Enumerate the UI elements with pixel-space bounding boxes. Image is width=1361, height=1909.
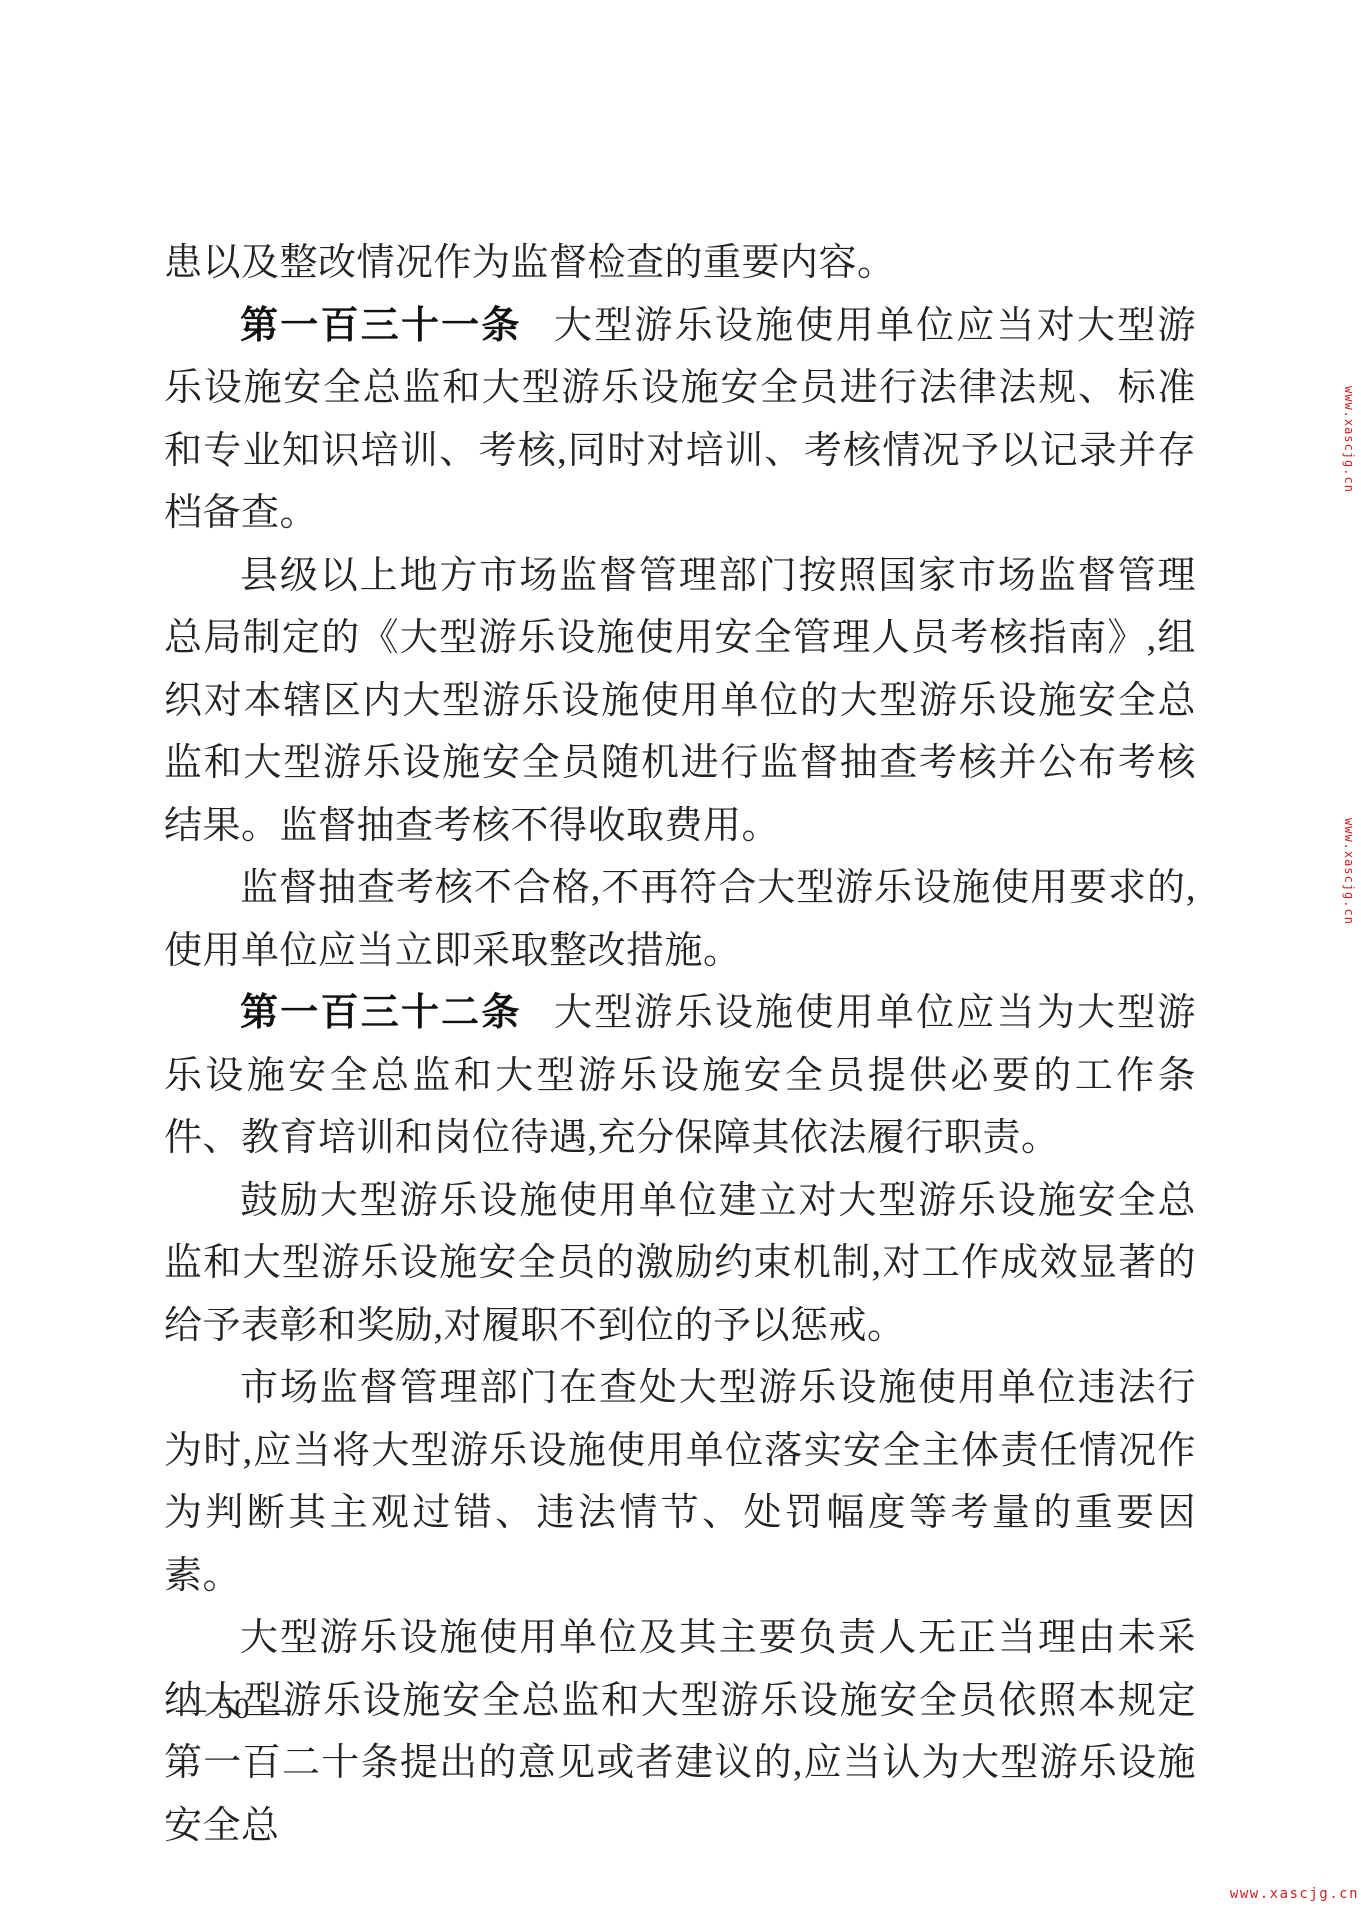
document-body: 患以及整改情况作为监督检查的重要内容。 第一百三十一条大型游乐设施使用单位应当对… — [164, 232, 1196, 1857]
paragraph: 监督抽查考核不合格,不再符合大型游乐设施使用要求的,使用单位应当立即采取整改措施… — [164, 857, 1196, 982]
article-number-131: 第一百三十一条 — [240, 305, 522, 347]
paragraph-text: 鼓励大型游乐设施使用单位建立对大型游乐设施安全总监和大型游乐设施安全员的激励约束… — [164, 1180, 1196, 1347]
article-number-132: 第一百三十二条 — [240, 992, 522, 1034]
paragraph: 县级以上地方市场监督管理部门按照国家市场监督管理总局制定的《大型游乐设施使用安全… — [164, 545, 1196, 858]
paragraph-text: 市场监督管理部门在查处大型游乐设施使用单位违法行为时,应当将大型游乐设施使用单位… — [164, 1367, 1196, 1597]
paragraph-text: 大型游乐设施使用单位及其主要负责人无正当理由未采纳大型游乐设施安全总监和大型游乐… — [164, 1617, 1196, 1847]
paragraph-continuation: 患以及整改情况作为监督检查的重要内容。 — [164, 232, 1196, 295]
paragraph: 鼓励大型游乐设施使用单位建立对大型游乐设施安全总监和大型游乐设施安全员的激励约束… — [164, 1170, 1196, 1358]
paragraph-article-131: 第一百三十一条大型游乐设施使用单位应当对大型游乐设施安全总监和大型游乐设施安全员… — [164, 295, 1196, 545]
paragraph-article-132: 第一百三十二条大型游乐设施使用单位应当为大型游乐设施安全总监和大型游乐设施安全员… — [164, 982, 1196, 1170]
watermark-side-top: www.xascjg.cn — [1342, 386, 1356, 493]
paragraph: 市场监督管理部门在查处大型游乐设施使用单位违法行为时,应当将大型游乐设施使用单位… — [164, 1357, 1196, 1607]
paragraph: 大型游乐设施使用单位及其主要负责人无正当理由未采纳大型游乐设施安全总监和大型游乐… — [164, 1607, 1196, 1857]
paragraph-text: 县级以上地方市场监督管理部门按照国家市场监督管理总局制定的《大型游乐设施使用安全… — [164, 555, 1196, 847]
document-page: 患以及整改情况作为监督检查的重要内容。 第一百三十一条大型游乐设施使用单位应当对… — [0, 0, 1361, 1909]
paragraph-text: 监督抽查考核不合格,不再符合大型游乐设施使用要求的,使用单位应当立即采取整改措施… — [164, 867, 1196, 972]
page-number: — 50 — — [176, 1692, 293, 1726]
watermark-side-middle: www.xascjg.cn — [1342, 818, 1356, 925]
watermark-bottom-right: www.xascjg.cn — [1230, 1886, 1359, 1902]
